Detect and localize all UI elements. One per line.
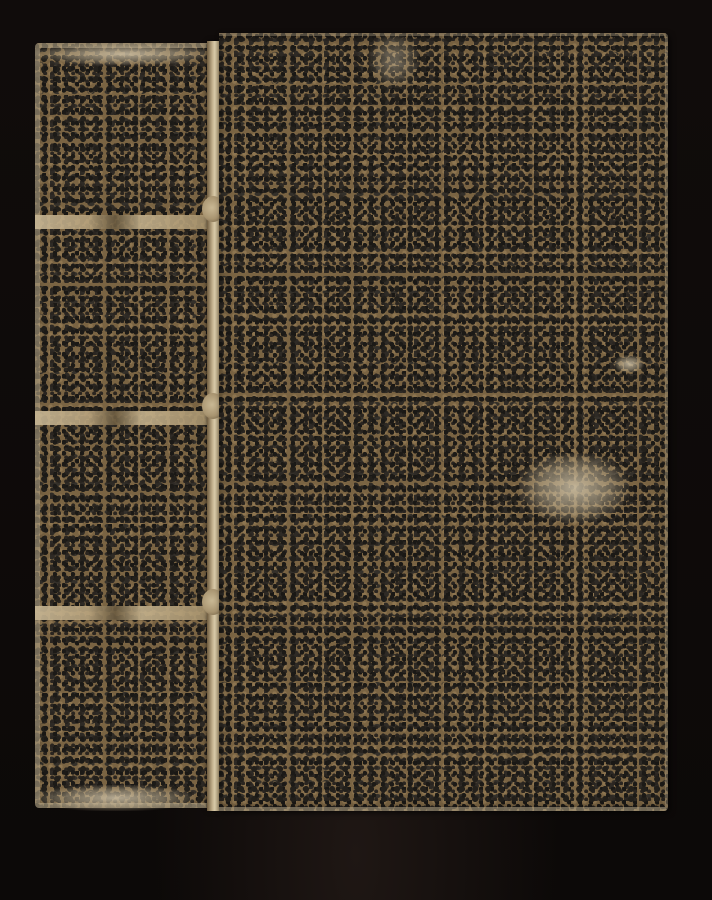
spine-bottom-wear [35, 785, 195, 811]
cover-scuff-right-upper [614, 355, 644, 373]
cover-scuff-right-center [519, 453, 629, 523]
book-front-cover [219, 33, 668, 811]
cover-scuff-top [369, 33, 419, 88]
spine-top-wear [35, 43, 213, 65]
spine-band-upper [35, 215, 213, 229]
book-spine [35, 43, 213, 808]
spine-band-middle [35, 411, 213, 425]
book [35, 33, 668, 811]
spine-band-lower [35, 606, 213, 620]
